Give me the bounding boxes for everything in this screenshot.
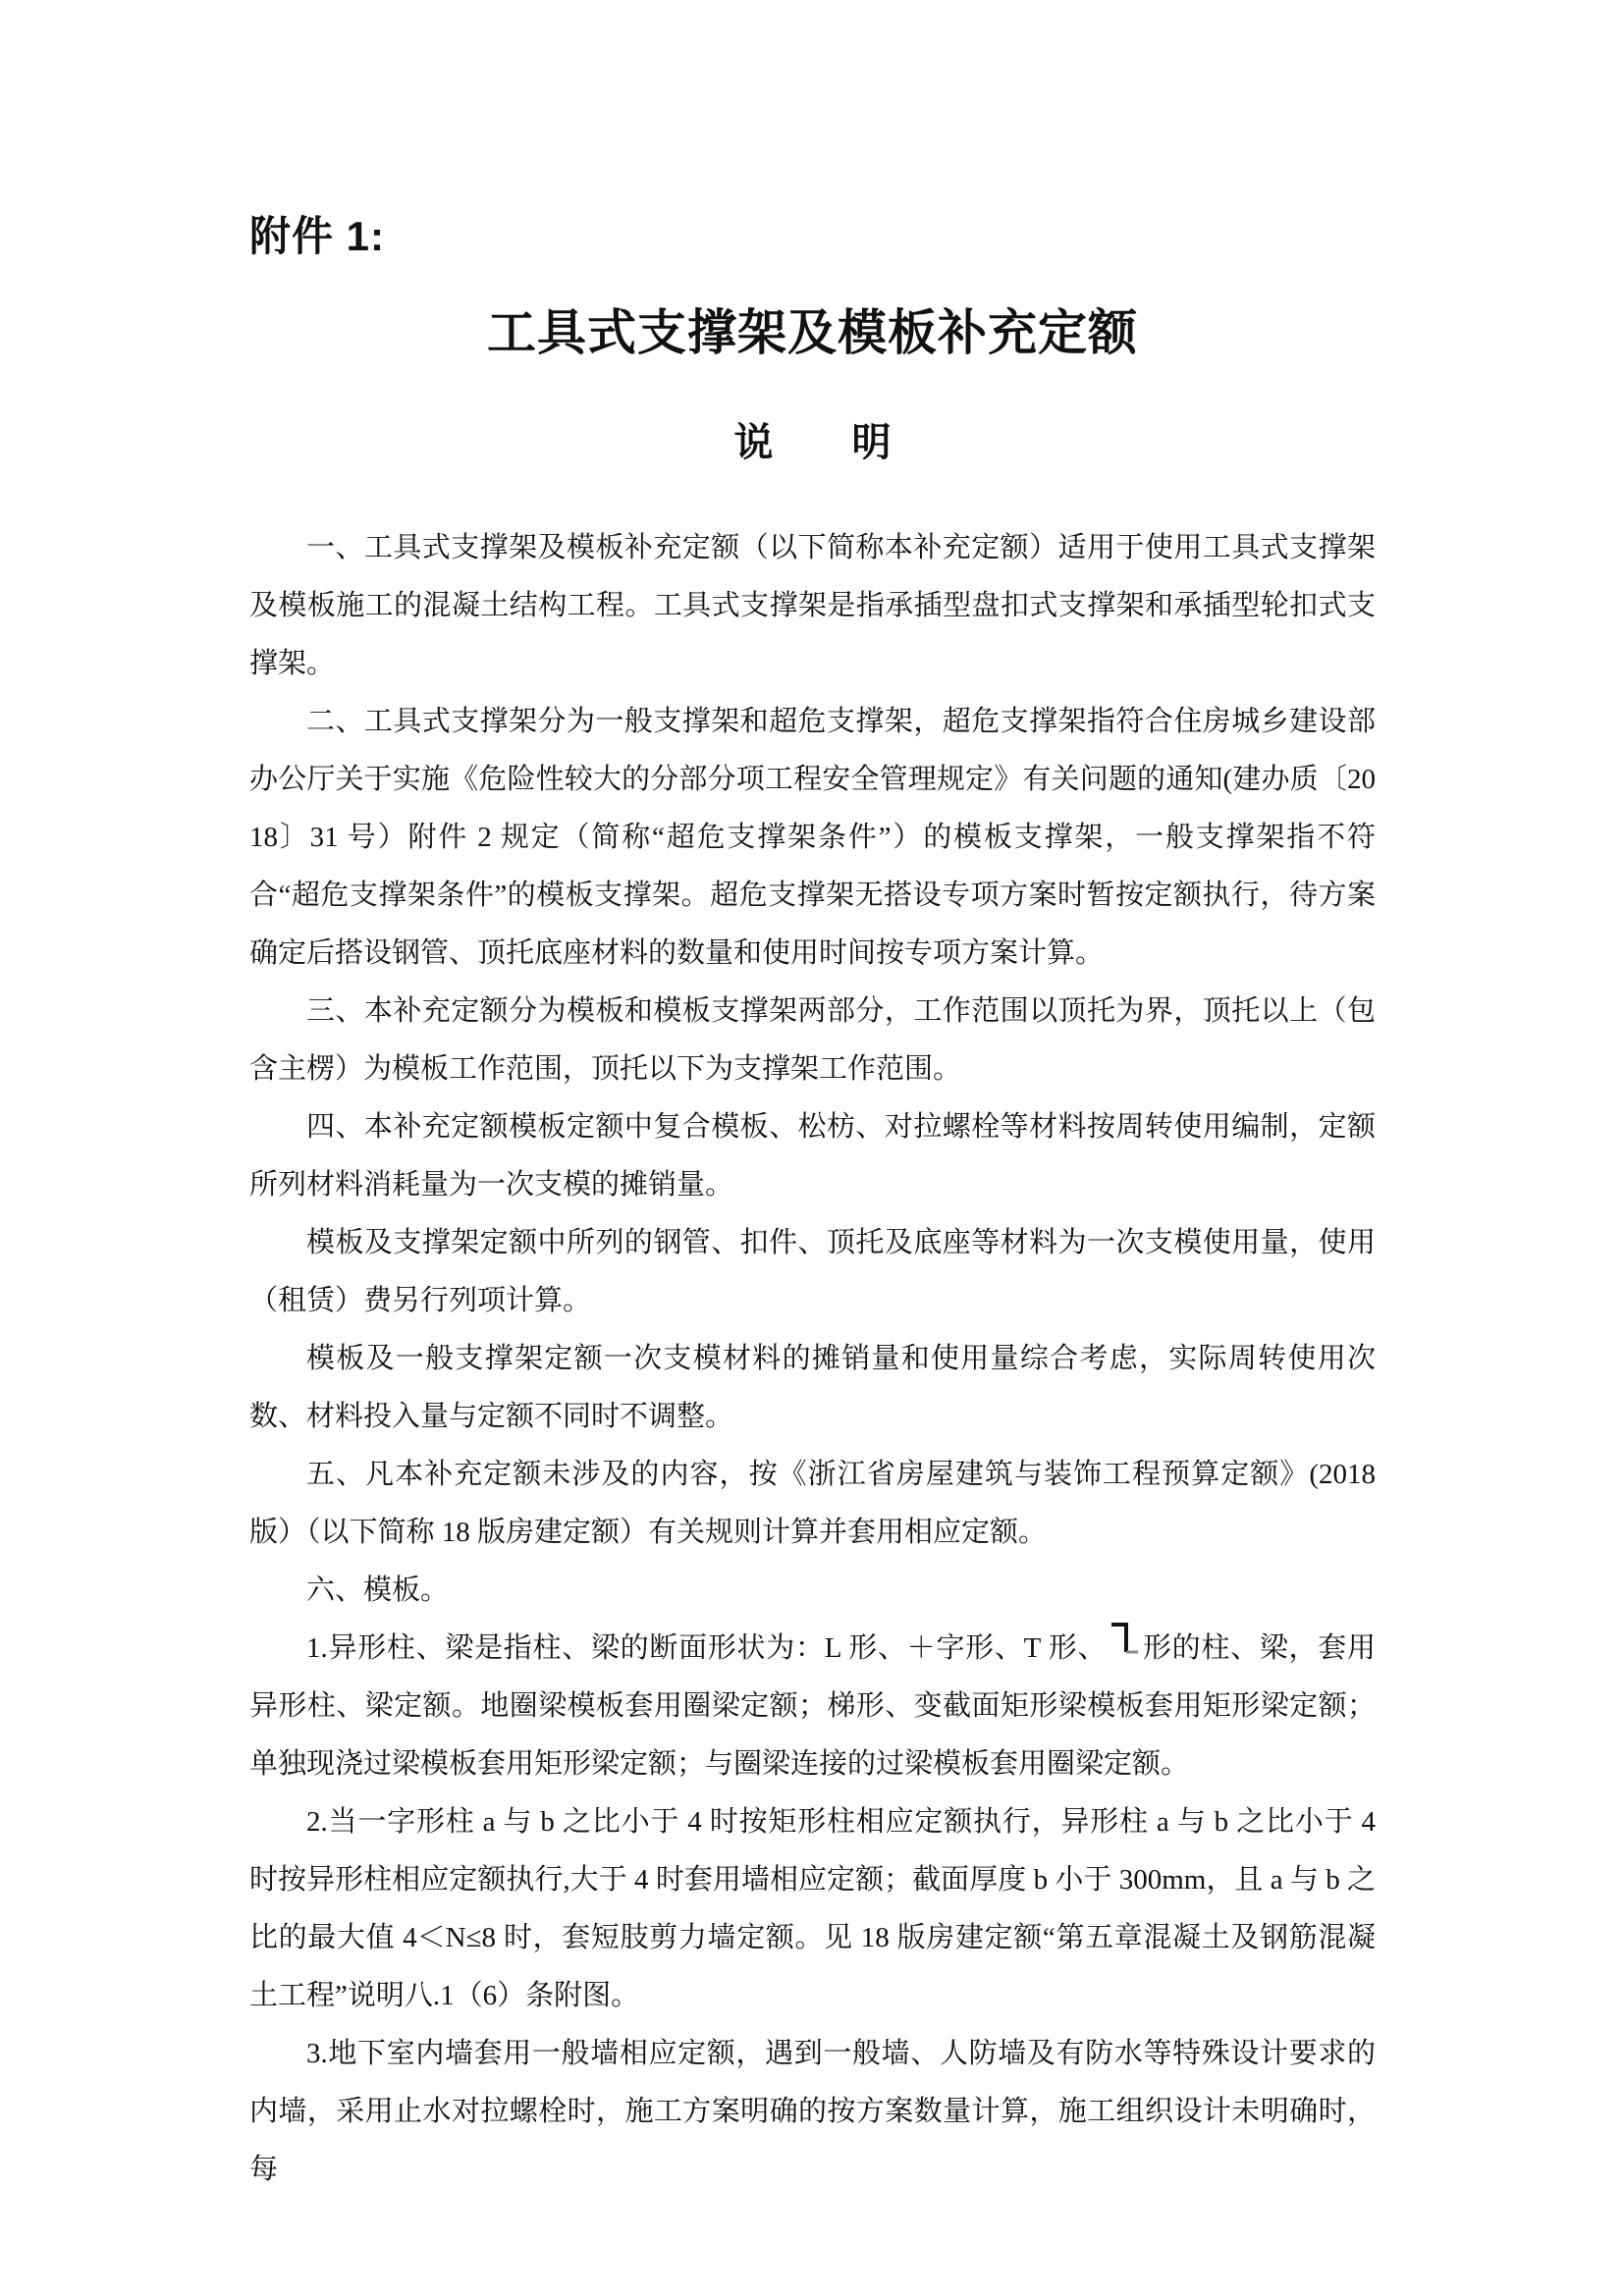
section-heading: 说 明 — [249, 421, 1376, 464]
paragraph-text-before-glyph: 1.异形柱、梁是指柱、梁的断面形状为：L 形、＋字形、T 形、 — [306, 1632, 1107, 1664]
body-paragraph-11: 3.地下室内墙套用一般墙相应定额，遇到一般墙、人防墙及有防水等特殊设计要求的内墙… — [249, 2025, 1376, 2199]
step-l-shape-icon — [1110, 1622, 1139, 1655]
document-page: 附件 1: 工具式支撑架及模板补充定额 说 明 一、工具式支撑架及模板补充定额（… — [0, 0, 1624, 2296]
body-paragraph-10: 2.当一字形柱 a 与 b 之比小于 4 时按矩形柱相应定额执行，异形柱 a 与… — [249, 1793, 1376, 2025]
body-paragraph-4: 四、本补充定额模板定额中复合模板、松枋、对拉螺栓等材料按周转使用编制，定额所列材… — [249, 1098, 1376, 1214]
body-paragraph-8: 六、模板。 — [249, 1562, 1376, 1620]
document-body: 一、工具式支撑架及模板补充定额（以下简称本补充定额）适用于使用工具式支撑架及模板… — [249, 519, 1376, 2199]
body-paragraph-7: 五、凡本补充定额未涉及的内容，按《浙江省房屋建筑与装饰工程预算定额》(2018 … — [249, 1446, 1376, 1562]
body-paragraph-1: 一、工具式支撑架及模板补充定额（以下简称本补充定额）适用于使用工具式支撑架及模板… — [249, 519, 1376, 693]
body-paragraph-2: 二、工具式支撑架分为一般支撑架和超危支撑架，超危支撑架指符合住房城乡建设部办公厅… — [249, 693, 1376, 983]
body-paragraph-9: 1.异形柱、梁是指柱、梁的断面形状为：L 形、＋字形、T 形、 形的柱、梁，套用… — [249, 1620, 1376, 1793]
attachment-label: 附件 1: — [249, 214, 1376, 259]
body-paragraph-3: 三、本补充定额分为模板和模板支撑架两部分，工作范围以顶托为界，顶托以上（包含主楞… — [249, 983, 1376, 1098]
document-title: 工具式支撑架及模板补充定额 — [249, 306, 1376, 360]
body-paragraph-5: 模板及支撑架定额中所列的钢管、扣件、顶托及底座等材料为一次支模使用量，使用（租赁… — [249, 1214, 1376, 1330]
body-paragraph-6: 模板及一般支撑架定额一次支模材料的摊销量和使用量综合考虑，实际周转使用次数、材料… — [249, 1330, 1376, 1446]
